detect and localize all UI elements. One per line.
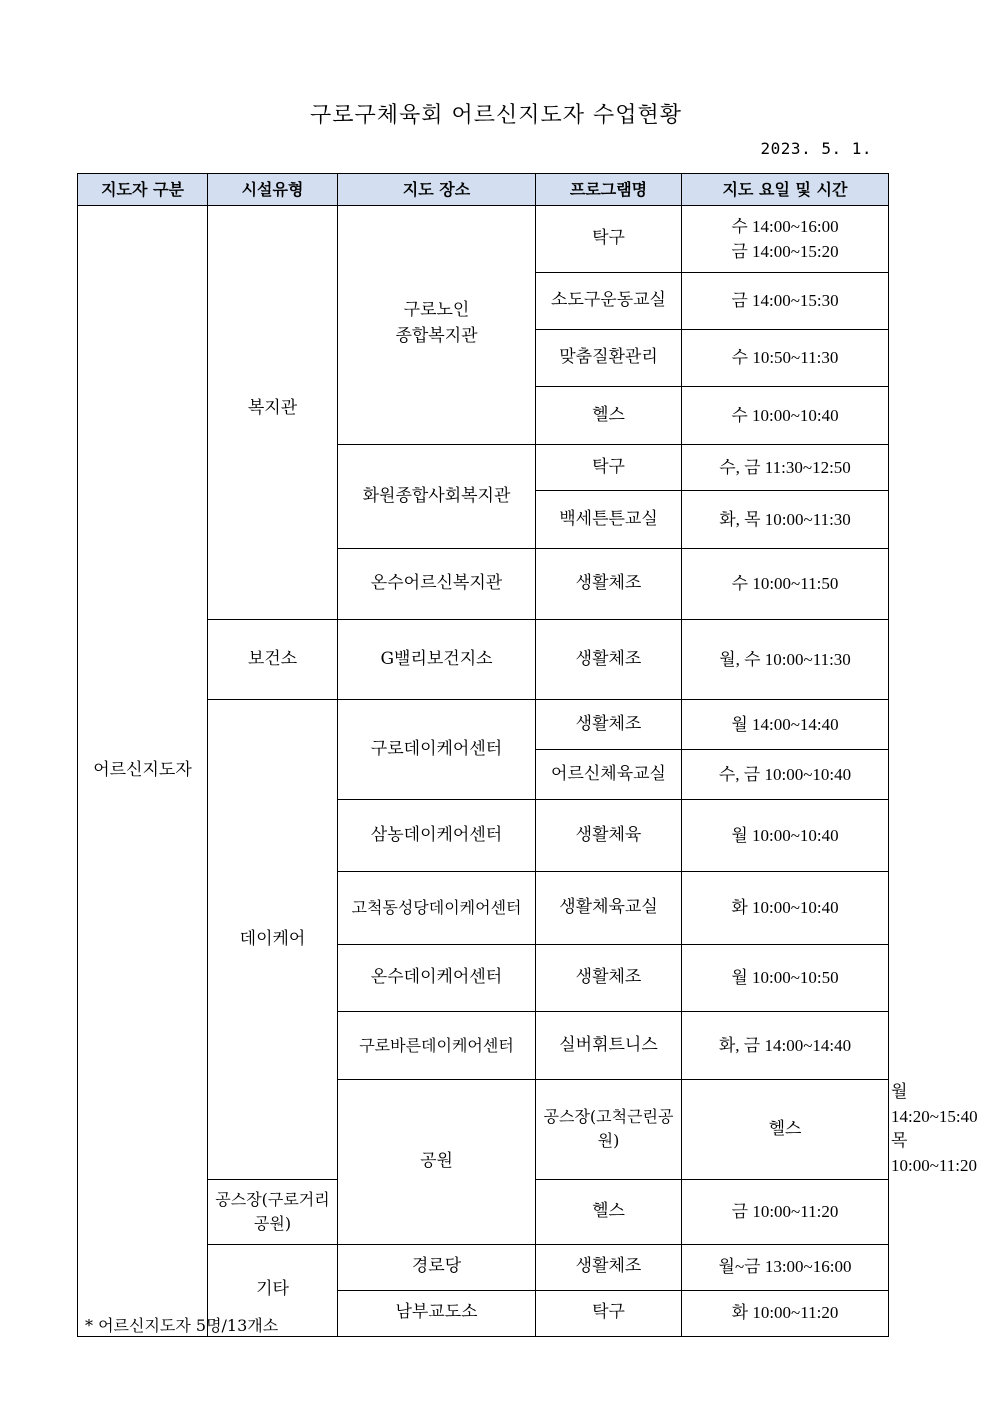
location-cell: 구로바른데이케어센터	[338, 1012, 536, 1080]
location-cell: 구로데이케어센터	[338, 700, 536, 800]
schedule-table: 지도자 구분 시설유형 지도 장소 프로그램명 지도 요일 및 시간 어르신지도…	[77, 173, 889, 1337]
schedule-cell: 금 14:00~15:30	[682, 273, 889, 330]
facility-type-cell: 공원	[338, 1080, 536, 1245]
location-cell: 온수데이케어센터	[338, 945, 536, 1012]
schedule-cell: 월 10:00~10:50	[682, 945, 889, 1012]
program-cell: 생활체조	[536, 700, 682, 750]
program-cell: 헬스	[536, 1179, 682, 1244]
program-cell: 생활체조	[536, 1244, 682, 1290]
location-cell: 구로노인 종합복지관	[338, 206, 536, 445]
facility-type-cell: 복지관	[208, 206, 338, 620]
schedule-cell: 화, 목 10:00~11:30	[682, 491, 889, 549]
location-cell: 고척동성당데이케어센터	[338, 872, 536, 945]
program-cell: 생활체육교실	[536, 872, 682, 945]
schedule-cell: 금 10:00~11:20	[682, 1179, 889, 1244]
schedule-cell: 화 10:00~10:40	[682, 872, 889, 945]
header-program: 프로그램명	[536, 174, 682, 206]
program-cell: 헬스	[682, 1080, 889, 1180]
program-cell: 어르신체육교실	[536, 750, 682, 800]
location-cell: 화원종합사회복지관	[338, 445, 536, 549]
header-schedule: 지도 요일 및 시간	[682, 174, 889, 206]
schedule-cell: 수 14:00~16:00 금 14:00~15:20	[682, 206, 889, 273]
schedule-cell: 수, 금 11:30~12:50	[682, 445, 889, 491]
program-cell: 생활체조	[536, 549, 682, 620]
location-cell: 공스장(구로거리공원)	[208, 1179, 338, 1244]
program-cell: 백세튼튼교실	[536, 491, 682, 549]
schedule-cell: 수 10:00~11:50	[682, 549, 889, 620]
schedule-cell: 수 10:00~10:40	[682, 387, 889, 445]
document-title: 구로구체육회 어르신지도자 수업현황	[0, 98, 992, 129]
program-cell: 탁구	[536, 206, 682, 273]
program-cell: 생활체육	[536, 800, 682, 872]
location-cell: 경로당	[338, 1244, 536, 1290]
location-cell: G밸리보건지소	[338, 620, 536, 700]
location-cell: 삼농데이케어센터	[338, 800, 536, 872]
instructor-type-cell: 어르신지도자	[78, 206, 208, 1337]
header-location: 지도 장소	[338, 174, 536, 206]
schedule-cell: 월 10:00~10:40	[682, 800, 889, 872]
schedule-cell: 월~금 13:00~16:00	[682, 1244, 889, 1290]
document-date: 2023. 5. 1.	[761, 139, 872, 158]
schedule-cell: 월, 수 10:00~11:30	[682, 620, 889, 700]
facility-type-cell: 보건소	[208, 620, 338, 700]
facility-type-cell: 데이케어	[208, 700, 338, 1180]
location-cell: 남부교도소	[338, 1290, 536, 1336]
schedule-cell: 화, 금 14:00~14:40	[682, 1012, 889, 1080]
schedule-line: 수 14:00~16:00	[684, 214, 886, 240]
header-facility-type: 시설유형	[208, 174, 338, 206]
program-cell: 탁구	[536, 1290, 682, 1336]
program-cell: 소도구운동교실	[536, 273, 682, 330]
schedule-cell: 월 14:00~14:40	[682, 700, 889, 750]
program-cell: 맞춤질환관리	[536, 330, 682, 387]
program-cell: 탁구	[536, 445, 682, 491]
schedule-line: 금 14:00~15:20	[684, 239, 886, 265]
location-cell: 온수어르신복지관	[338, 549, 536, 620]
program-cell: 생활체조	[536, 945, 682, 1012]
program-cell: 실버휘트니스	[536, 1012, 682, 1080]
footnote: * 어르신지도자 5명/13개소	[85, 1313, 278, 1336]
table-row: 어르신지도자 복지관 구로노인 종합복지관 탁구 수 14:00~16:00 금…	[78, 206, 889, 273]
program-cell: 생활체조	[536, 620, 682, 700]
location-label: 구로노인 종합복지관	[395, 300, 477, 346]
schedule-cell: 수, 금 10:00~10:40	[682, 750, 889, 800]
schedule-cell: 화 10:00~11:20	[682, 1290, 889, 1336]
table-header-row: 지도자 구분 시설유형 지도 장소 프로그램명 지도 요일 및 시간	[78, 174, 889, 206]
program-cell: 헬스	[536, 387, 682, 445]
schedule-cell: 수 10:50~11:30	[682, 330, 889, 387]
location-cell: 공스장(고척근린공원)	[536, 1080, 682, 1180]
header-instructor-type: 지도자 구분	[78, 174, 208, 206]
